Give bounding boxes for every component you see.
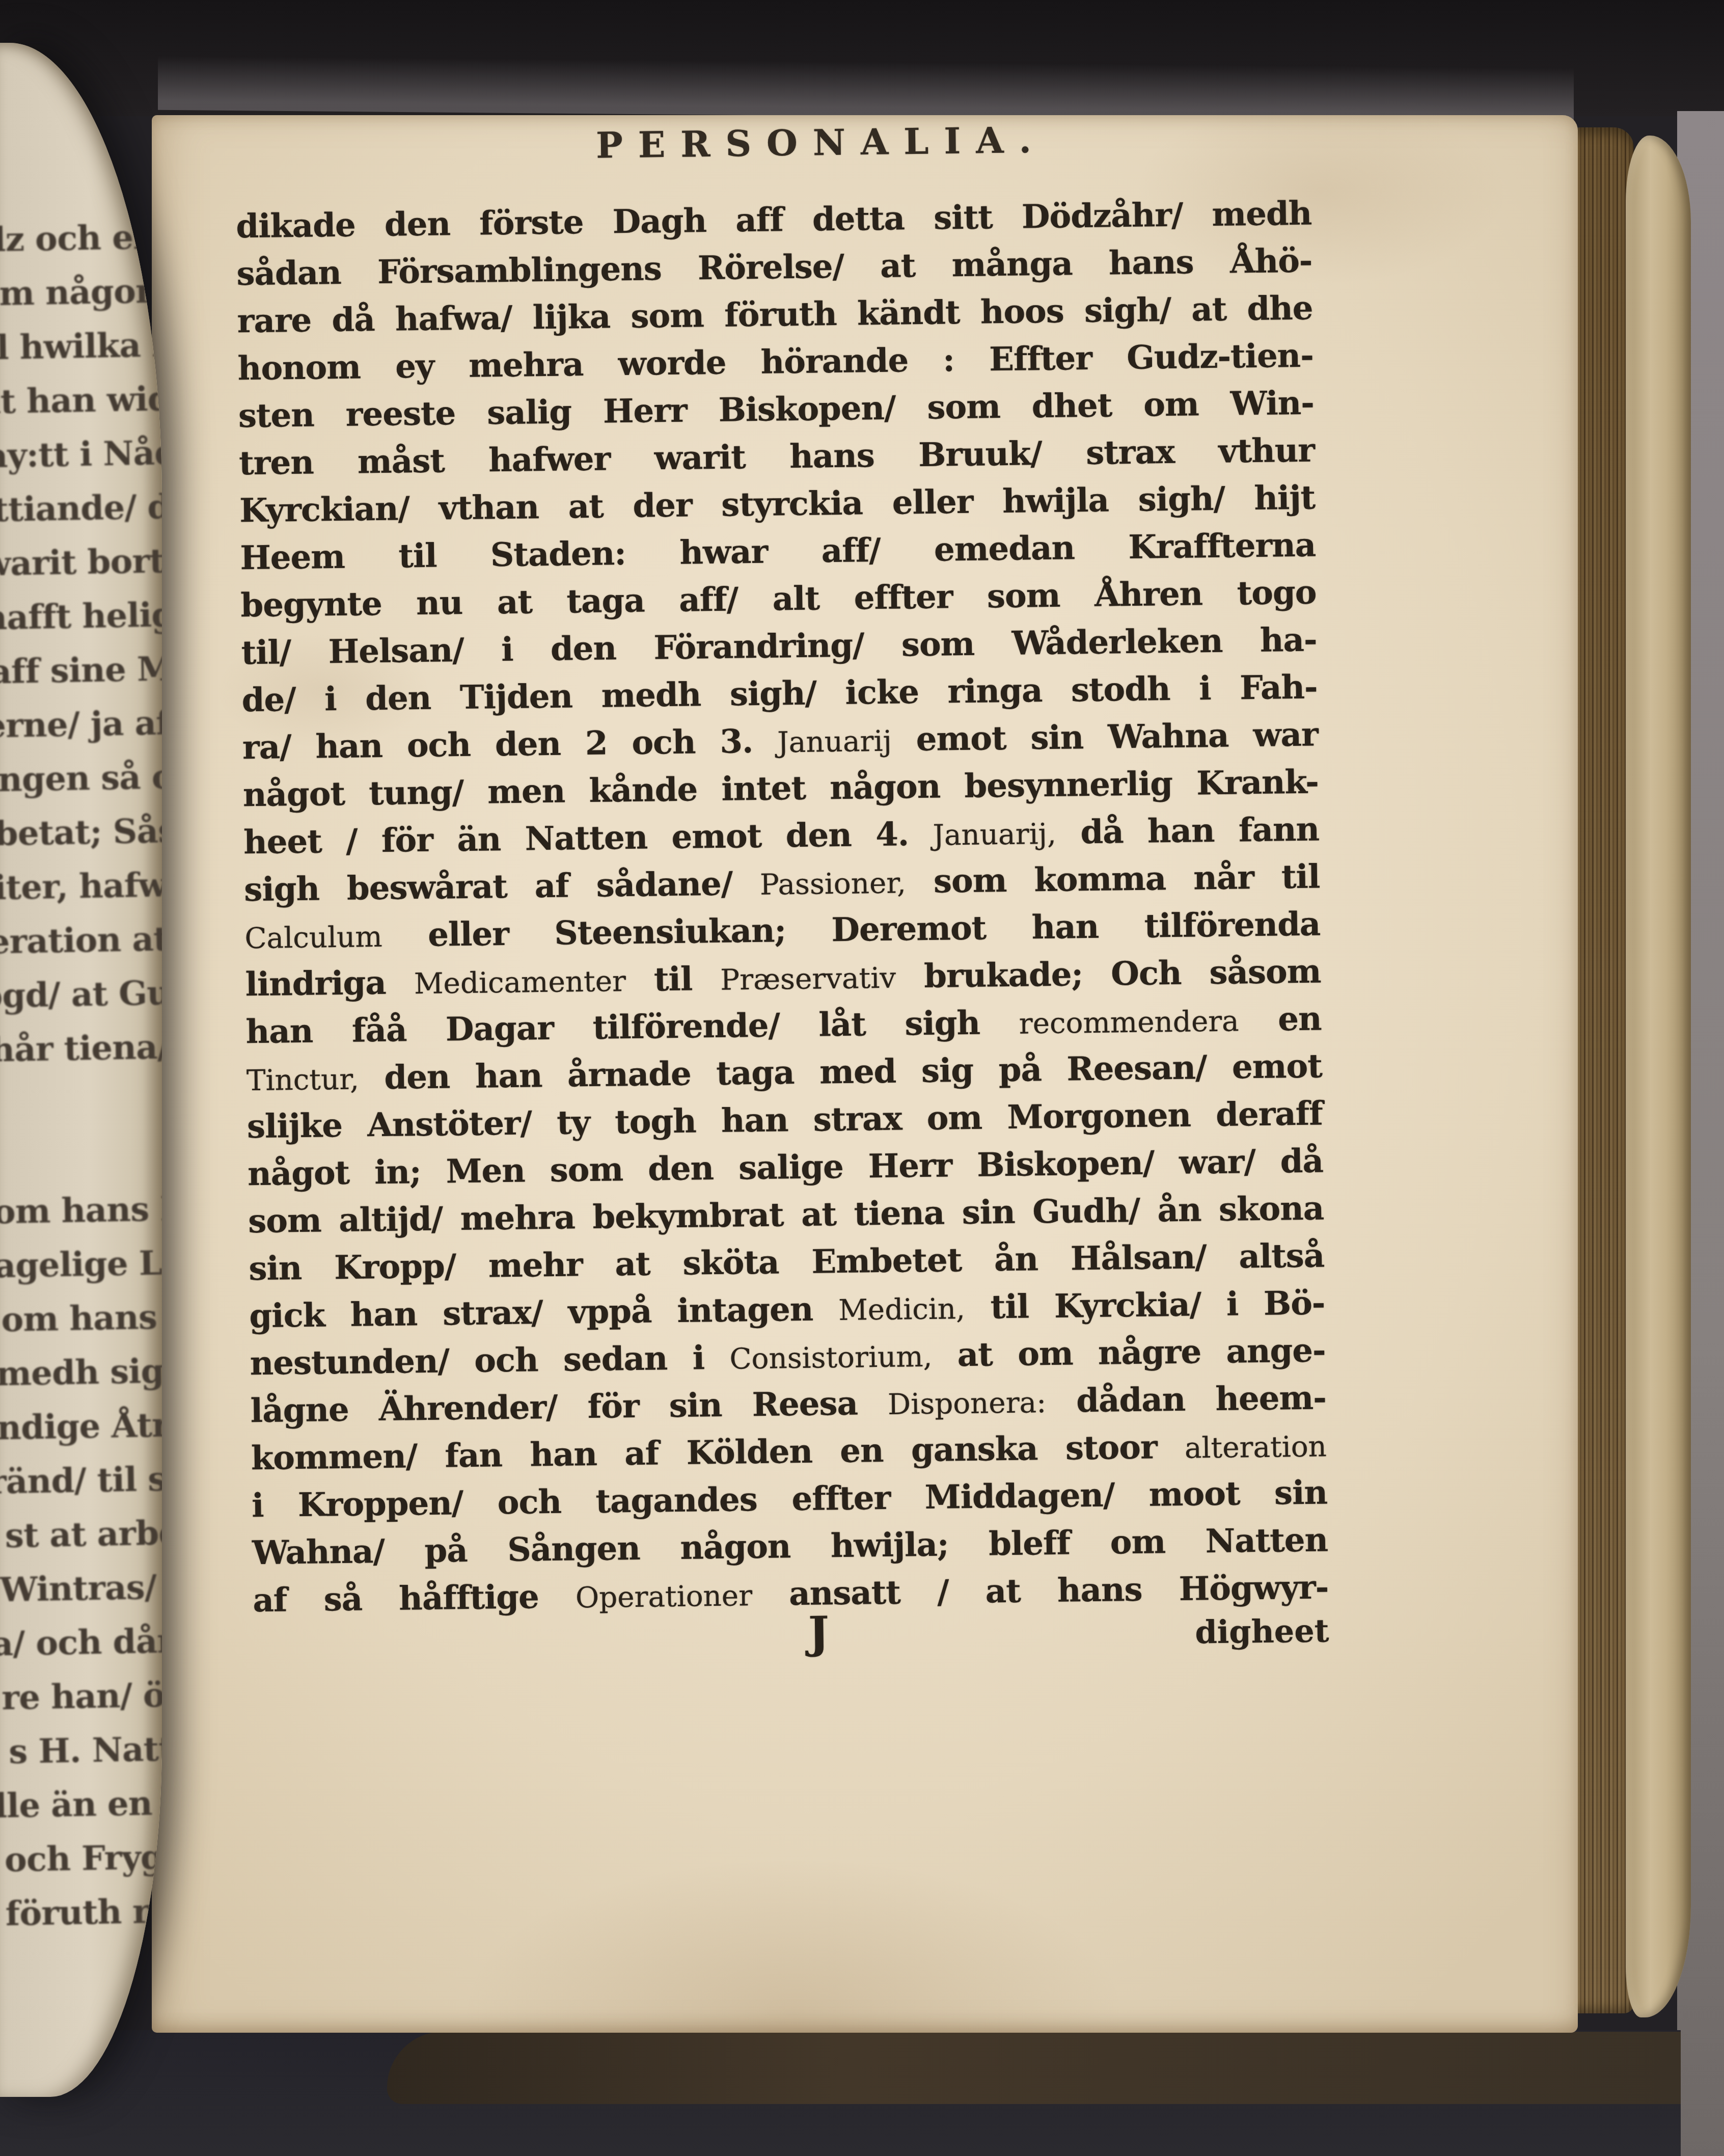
left-text-line: lle än en Gång på bbox=[0, 1775, 162, 1833]
printed-text-layer: PERSONALIA. dikade den förste Dagh aff d… bbox=[0, 0, 1724, 2156]
left-text-line: om hans Siukdo bbox=[1, 1289, 162, 1346]
left-text-line: medh sigh Affiak bbox=[0, 1343, 162, 1401]
left-text-line: s H. Nattward/ i bbox=[8, 1721, 162, 1778]
left-text-line: ndige Åtrå/ hur bbox=[0, 1397, 162, 1455]
body-text: dikade den förste Dagh aff detta sitt Dö… bbox=[236, 190, 1329, 1625]
left-text-line: hår tiena/ der han bbox=[0, 1019, 162, 1077]
scanned-book-photo: { "page_header": { "title": "PERSONALIA.… bbox=[0, 0, 1724, 2156]
left-text-line: eration at blifwa bbox=[0, 911, 162, 969]
left-text-line: warit borta; widh bbox=[0, 533, 162, 591]
left-text-line: a/ och dår på bbox=[0, 1613, 162, 1671]
left-page-text: dz och ehuru åhraom någon vhrsäkttil hwi… bbox=[0, 209, 162, 1941]
left-text-line: dz och ehuru åhra bbox=[0, 209, 162, 266]
left-text-line: iter, hafwer och t bbox=[0, 857, 162, 914]
left-text-line: ögd/ at Gudh och bbox=[0, 965, 162, 1023]
left-text-line: hafft helige Förrä- bbox=[0, 587, 162, 645]
left-text-line: at han widh Clös- bbox=[0, 371, 162, 429]
left-text-line: ingen så oförsum- bbox=[0, 749, 162, 807]
left-text-line: Wintras/ at siel bbox=[0, 1559, 162, 1617]
left-text-line bbox=[0, 1073, 162, 1130]
left-text-line: erne/ ja aff samtel bbox=[0, 695, 162, 753]
left-text-line: föruth reeste/ och bbox=[5, 1883, 162, 1941]
left-text-line: ay:tt i Nåder för- bbox=[0, 425, 162, 482]
left-text-line: ättiande/ då inti- bbox=[0, 479, 162, 537]
left-text-line: rbetat; Såsom h bbox=[0, 803, 162, 861]
left-text-line: ränd/ til sin bbox=[0, 1451, 162, 1509]
left-text-line: til hwilka han bor- bbox=[0, 317, 162, 375]
left-text-line: agelige Lefwerne/ bbox=[0, 1235, 162, 1293]
left-text-line: om hans Högwyrd bbox=[0, 1181, 162, 1239]
left-text-line: aff sine Medbröde- bbox=[0, 641, 162, 698]
left-text-line: och Frygdh/ til ett bbox=[4, 1829, 162, 1887]
left-text-line: om någon vhrsäkt bbox=[0, 263, 162, 321]
left-text-line: st at arbeta/ bbox=[5, 1505, 162, 1562]
left-text-line bbox=[0, 1127, 162, 1185]
page-verso-fragment: dz och ehuru åhraom någon vhrsäkttil hwi… bbox=[0, 43, 162, 2097]
page-header: PERSONALIA. bbox=[283, 115, 1359, 170]
left-text-line: re han/ öfwer Juul bbox=[1, 1667, 162, 1725]
